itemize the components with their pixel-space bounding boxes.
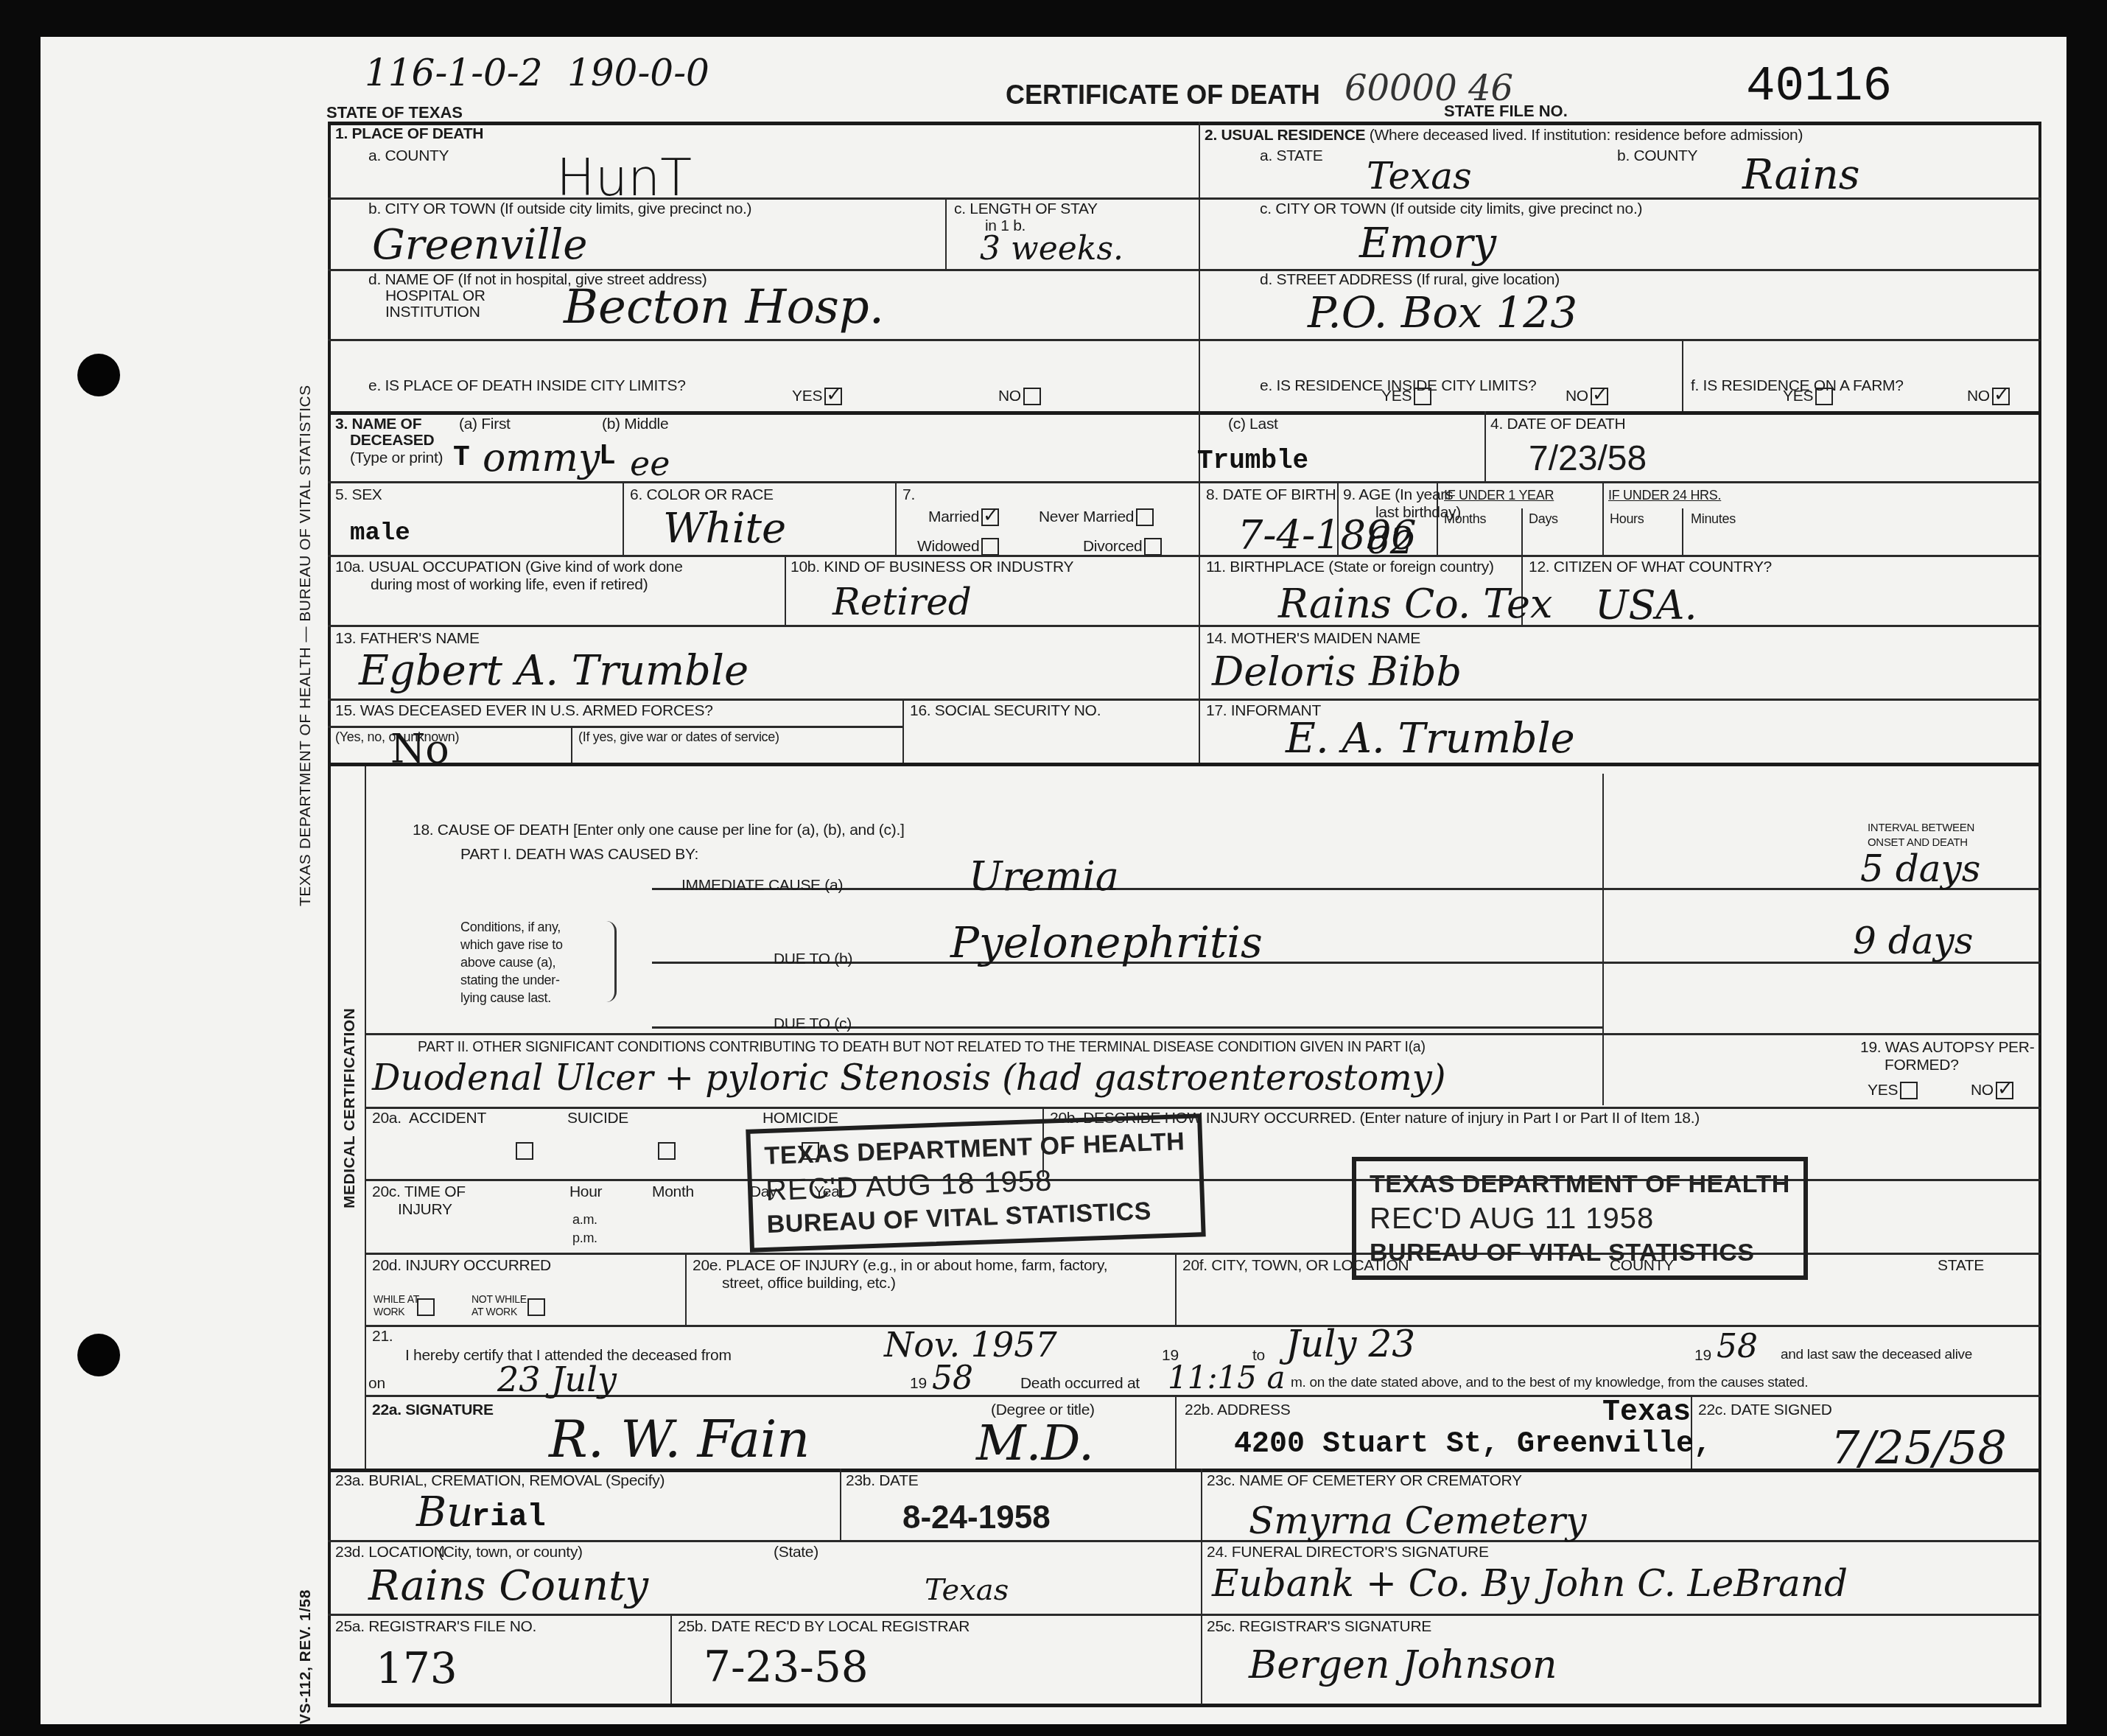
married-option[interactable]: Married — [928, 508, 999, 526]
middle-name-label: (b) Middle — [602, 416, 668, 433]
hours-label: Hours — [1610, 511, 1644, 527]
first-name-label: (a) First — [459, 416, 511, 433]
res-city-value[interactable]: Emory — [1359, 220, 1496, 267]
name-label-3: (Type or print) — [350, 449, 443, 467]
location-sub1: (City, town, or county) — [438, 1544, 583, 1561]
registrar-signature[interactable]: Bergen Johnson — [1249, 1643, 1557, 1687]
res-state-label: a. STATE — [1260, 147, 1323, 165]
side-department-text: TEXAS DEPARTMENT OF HEALTH — BUREAU OF V… — [297, 385, 315, 906]
res-farm-no[interactable]: NO — [1967, 388, 2010, 405]
mother-name-label: 14. MOTHER'S MAIDEN NAME — [1206, 630, 1420, 648]
received-stamp-aug-11: TEXAS DEPARTMENT OF HEALTH REC'D AUG 11 … — [1352, 1157, 1808, 1280]
last-name-value[interactable]: Trumble — [1197, 446, 1308, 476]
cert-text-3: Death occurred at — [1020, 1375, 1140, 1393]
place-of-injury-label-2: street, office building, etc.) — [722, 1275, 896, 1292]
sex-label: 5. SEX — [335, 486, 382, 504]
funeral-director-label: 24. FUNERAL DIRECTOR'S SIGNATURE — [1207, 1544, 1489, 1561]
location-value[interactable]: Rains County — [368, 1562, 648, 1610]
res-farm-yes[interactable]: YES — [1783, 388, 1833, 405]
burial-date-label: 23b. DATE — [846, 1472, 918, 1490]
injury-state-label: STATE — [1938, 1257, 1984, 1275]
checkbox-checked[interactable] — [1992, 388, 2010, 405]
checkbox-checked[interactable] — [1996, 1082, 2013, 1099]
immediate-cause-value[interactable]: Uremia — [969, 853, 1119, 900]
no-label: NO — [1971, 1082, 1994, 1099]
degree-value[interactable]: M.D. — [976, 1415, 1094, 1471]
injury-20a-num: 20a. — [372, 1110, 402, 1127]
citizen-value[interactable]: USA. — [1595, 582, 1697, 629]
checkbox[interactable] — [1900, 1082, 1918, 1099]
father-name-label: 13. FATHER'S NAME — [335, 630, 480, 648]
first-name-handwritten[interactable]: ommy — [483, 436, 600, 480]
stamp-line-3: BUREAU OF VITAL STATISTICS — [1370, 1237, 1790, 1269]
annotation-mid: 190-0-0 — [567, 52, 709, 94]
checkbox[interactable] — [981, 538, 999, 556]
no-label: NO — [1566, 388, 1588, 405]
occupation-label-2: during most of working life, even if ret… — [371, 576, 648, 594]
part1-label: PART I. DEATH WAS CAUSED BY: — [460, 846, 698, 864]
suicide-checkbox[interactable] — [658, 1142, 676, 1160]
not-while-at-work-1: NOT WHILE — [471, 1293, 527, 1305]
hospital-value[interactable]: Becton Hosp. — [564, 280, 884, 335]
binder-hole-top — [77, 354, 120, 396]
res-street-value[interactable]: P.O. Box 123 — [1308, 287, 1577, 337]
res-inside-yes[interactable]: YES — [1381, 388, 1431, 405]
burial-value-typed[interactable]: rial — [471, 1499, 546, 1535]
birthplace-value[interactable]: Rains Co. Tex — [1278, 581, 1552, 627]
ssn-label: 16. SOCIAL SECURITY NO. — [910, 702, 1101, 720]
due-to-b-value[interactable]: Pyelonephritis — [950, 917, 1263, 967]
conditions-text-4: stating the under- — [460, 973, 560, 988]
usual-residence-note: (Where deceased lived. If institution: r… — [1370, 127, 1803, 144]
nineteen-label: 19 — [910, 1375, 927, 1393]
conditions-text-1: Conditions, if any, — [460, 920, 561, 935]
am-label: a.m. — [572, 1212, 597, 1228]
res-street-label: d. STREET ADDRESS (If rural, give locati… — [1260, 271, 1560, 289]
res-city-label: c. CITY OR TOWN (If outside city limits,… — [1260, 200, 1642, 218]
divorced-label: Divorced — [1083, 538, 1142, 555]
minutes-label: Minutes — [1691, 511, 1736, 527]
location-sub2: (State) — [774, 1544, 818, 1561]
business-label: 10b. KIND OF BUSINESS OR INDUSTRY — [790, 559, 1073, 576]
place-of-death-label: 1. PLACE OF DEATH — [335, 125, 483, 143]
while-at-work-checkbox[interactable] — [417, 1298, 435, 1316]
death-time-value[interactable]: 11:15 a — [1168, 1359, 1285, 1396]
death-county-value[interactable]: HunT — [556, 147, 692, 208]
occupation-label: 10a. USUAL OCCUPATION (Give kind of work… — [335, 559, 683, 576]
cert-text-4: m. on the date stated above, and to the … — [1291, 1375, 1808, 1391]
interval-a-value[interactable]: 5 days — [1860, 847, 1980, 890]
never-married-option[interactable]: Never Married — [1039, 508, 1154, 526]
burial-value-handwritten[interactable]: Bu — [416, 1488, 473, 1536]
registrar-date-value[interactable]: 7-23-58 — [704, 1642, 869, 1692]
citizen-label: 12. CITIZEN OF WHAT COUNTRY? — [1529, 559, 1772, 576]
side-medical-text: MEDICAL CERTIFICATION — [341, 1008, 359, 1208]
address-state[interactable]: Texas — [1602, 1396, 1691, 1429]
date-of-birth-label: 8. DATE OF BIRTH — [1206, 486, 1336, 504]
cause-of-death-label: 18. CAUSE OF DEATH [Enter only one cause… — [413, 822, 904, 839]
homicide-label: HOMICIDE — [762, 1110, 838, 1127]
divorced-option[interactable]: Divorced — [1083, 538, 1162, 556]
burial-label: 23a. BURIAL, CREMATION, REMOVAL (Specify… — [335, 1472, 665, 1490]
accident-label: ACCIDENT — [409, 1110, 486, 1127]
on-label: on — [368, 1375, 385, 1393]
state-of-texas: STATE OF TEXAS — [326, 103, 463, 122]
part2-label: PART II. OTHER SIGNIFICANT CONDITIONS CO… — [418, 1039, 1426, 1056]
armed-forces-label: 15. WAS DECEASED EVER IN U.S. ARMED FORC… — [335, 702, 713, 720]
last-seen-value[interactable]: 23 July — [497, 1359, 617, 1399]
pm-label: p.m. — [572, 1231, 597, 1246]
stamp-line-1: TEXAS DEPARTMENT OF HEALTH — [1370, 1169, 1790, 1200]
time-of-injury-label-2: INJURY — [398, 1201, 452, 1219]
yes-label: YES — [1868, 1082, 1898, 1099]
date-of-death-label: 4. DATE OF DEATH — [1490, 416, 1625, 433]
due-to-b-label: DUE TO (b) — [774, 951, 852, 968]
length-of-stay-value[interactable]: 3 weeks. — [980, 230, 1123, 267]
interval-label-1: INTERVAL BETWEEN — [1868, 822, 1974, 834]
usual-residence-title: 2. USUAL RESIDENCE — [1205, 127, 1365, 144]
month-label: Month — [652, 1183, 694, 1201]
marital-label: 7. — [902, 486, 915, 504]
under-1-year-label: IF UNDER 1 YEAR — [1444, 488, 1554, 503]
county-label: a. COUNTY — [368, 147, 449, 165]
registrar-file-value[interactable]: 173 — [376, 1643, 457, 1693]
father-name-value[interactable]: Egbert A. Trumble — [359, 647, 749, 695]
autopsy-label-2: FORMED? — [1885, 1057, 1959, 1074]
address-value[interactable]: 4200 Stuart St, Greenville, — [1234, 1428, 1711, 1461]
days-label: Days — [1529, 511, 1558, 527]
while-at-work-1: WHILE AT — [374, 1293, 419, 1305]
stamp-line-2: REC'D AUG 11 1958 — [1370, 1200, 1790, 1237]
armed-forces-sub2: (If yes, give war or dates of service) — [578, 729, 779, 745]
cert-text-2: and last saw the deceased alive — [1781, 1347, 1972, 1363]
armed-forces-value[interactable]: No — [390, 726, 449, 772]
injury-occurred-label: 20d. INJURY OCCURRED — [372, 1257, 551, 1275]
date-of-death-value[interactable]: 7/23/58 — [1529, 438, 1647, 479]
date-signed-value[interactable]: 7/25/58 — [1831, 1421, 2007, 1474]
checkbox[interactable] — [1144, 538, 1162, 556]
nineteen-label: 19 — [1694, 1347, 1711, 1365]
age-label-1: 9. AGE (In years — [1343, 486, 1453, 504]
no-label: NO — [998, 388, 1021, 405]
annotation-left: 116-1-0-2 — [365, 52, 543, 94]
city-label: b. CITY OR TOWN (If outside city limits,… — [368, 200, 751, 218]
interval-b-value[interactable]: 9 days — [1853, 920, 1973, 962]
date-signed-label: 22c. DATE SIGNED — [1698, 1401, 1832, 1419]
death-inside-limits-label: e. IS PLACE OF DEATH INSIDE CITY LIMITS? — [368, 377, 686, 395]
binder-hole-bottom — [77, 1334, 120, 1376]
yes-label: YES — [1381, 388, 1412, 405]
state-file-label: STATE FILE NO. — [1444, 102, 1568, 121]
suicide-label: SUICIDE — [567, 1110, 628, 1127]
state-file-number: 40116 — [1746, 59, 1892, 114]
res-inside-no[interactable]: NO — [1566, 388, 1608, 405]
usual-residence-label: 2. USUAL RESIDENCE (Where deceased lived… — [1205, 127, 1803, 144]
registrar-file-label: 25a. REGISTRAR'S FILE NO. — [335, 1618, 536, 1636]
registrar-date-label: 25b. DATE REC'D BY LOCAL REGISTRAR — [678, 1618, 970, 1636]
address-label: 22b. ADDRESS — [1185, 1401, 1290, 1419]
accident-checkbox[interactable] — [516, 1142, 533, 1160]
signature-label: 22a. SIGNATURE — [372, 1401, 494, 1419]
checkbox-checked[interactable] — [981, 508, 999, 526]
conditions-text-3: above cause (a), — [460, 955, 555, 970]
hour-label: Hour — [569, 1183, 602, 1201]
under-24-hrs-label: IF UNDER 24 HRS. — [1608, 488, 1721, 503]
informant-value[interactable]: E. A. Trumble — [1286, 715, 1575, 763]
cemetery-value[interactable]: Smyrna Cemetery — [1249, 1499, 1586, 1542]
married-label: Married — [928, 508, 979, 525]
race-label: 6. COLOR OR RACE — [630, 486, 774, 504]
bracket — [604, 921, 617, 1002]
last-seen-year[interactable]: 58 — [932, 1359, 973, 1397]
attended-from-value[interactable]: Nov. 1957 — [884, 1325, 1057, 1365]
attended-to-year[interactable]: 58 — [1717, 1328, 1758, 1365]
attended-to-value[interactable]: July 23 — [1286, 1323, 1415, 1365]
widowed-option[interactable]: Widowed — [917, 538, 999, 556]
hospital-label-2: HOSPITAL OR — [385, 287, 485, 305]
cert-num: 21. — [372, 1328, 393, 1345]
res-county-label: b. COUNTY — [1617, 147, 1697, 165]
res-state-value[interactable]: Texas — [1367, 155, 1472, 197]
middle-name-handwritten[interactable]: ee — [630, 444, 670, 483]
months-label: Months — [1444, 511, 1486, 527]
location-label: 23d. LOCATION — [335, 1544, 445, 1561]
middle-name-typed[interactable]: L — [599, 441, 616, 472]
death-city-value[interactable]: Greenville — [372, 221, 587, 269]
certificate-title: CERTIFICATE OF DEATH — [1006, 80, 1320, 111]
not-while-at-work-checkbox[interactable] — [527, 1298, 545, 1316]
checkbox[interactable] — [1815, 388, 1833, 405]
death-certificate-page: 116-1-0-2 190-0-0 STATE OF TEXAS CERTIFI… — [41, 37, 2066, 1724]
mother-name-value[interactable]: Deloris Bibb — [1212, 648, 1462, 695]
age-value[interactable]: 62 — [1367, 519, 1414, 562]
autopsy-yes[interactable]: YES — [1868, 1082, 1918, 1099]
registrar-signature-label: 25c. REGISTRAR'S SIGNATURE — [1207, 1618, 1431, 1636]
last-name-label: (c) Last — [1228, 416, 1278, 433]
race-value[interactable]: White — [663, 505, 786, 553]
checkbox[interactable] — [1136, 508, 1154, 526]
location-state-value[interactable]: Texas — [925, 1573, 1009, 1607]
birthplace-label: 11. BIRTHPLACE (State or foreign country… — [1206, 559, 1494, 576]
funeral-director-signature[interactable]: Eubank + Co. By John C. LeBrand — [1212, 1562, 1848, 1605]
res-county-value[interactable]: Rains — [1742, 151, 1860, 199]
death-inside-no[interactable]: NO — [998, 388, 1041, 405]
death-inside-yes[interactable]: YES — [792, 388, 842, 405]
while-at-work-2: WORK — [374, 1306, 404, 1317]
not-while-at-work-2: AT WORK — [471, 1306, 517, 1317]
checkbox[interactable] — [1023, 388, 1041, 405]
widowed-label: Widowed — [917, 538, 979, 555]
autopsy-no[interactable]: NO — [1971, 1082, 2013, 1099]
yes-label: YES — [1783, 388, 1813, 405]
name-label-2: DECEASED — [350, 432, 434, 449]
conditions-text-2: which gave rise to — [460, 937, 563, 953]
no-label: NO — [1967, 388, 1990, 405]
sex-value[interactable]: male — [350, 519, 410, 547]
immediate-cause-label: IMMEDIATE CAUSE (a) — [681, 877, 843, 895]
burial-date-value[interactable]: 8-24-1958 — [902, 1499, 1051, 1536]
received-stamp-aug-18: TEXAS DEPARTMENT OF HEALTH REC'D AUG 18 … — [746, 1113, 1205, 1252]
length-of-stay-label: c. LENGTH OF STAY — [954, 200, 1098, 218]
yes-label: YES — [792, 388, 822, 405]
autopsy-label-1: 19. WAS AUTOPSY PER- — [1860, 1039, 2034, 1057]
due-to-c-label: DUE TO (c) — [774, 1015, 852, 1033]
business-value[interactable]: Retired — [832, 581, 972, 623]
name-label-1: 3. NAME OF — [335, 416, 421, 433]
cemetery-label: 23c. NAME OF CEMETERY OR CREMATORY — [1207, 1472, 1522, 1490]
never-married-label: Never Married — [1039, 508, 1134, 525]
side-form-number: VS-112, REV. 1/58 — [297, 1589, 315, 1724]
checkbox-checked[interactable] — [1591, 388, 1608, 405]
conditions-text-5: lying cause last. — [460, 990, 551, 1006]
time-of-injury-label: 20c. TIME OF — [372, 1183, 466, 1201]
checkbox[interactable] — [1414, 388, 1431, 405]
place-of-injury-label: 20e. PLACE OF INJURY (e.g., in or about … — [693, 1257, 1107, 1275]
part2-value[interactable]: Duodenal Ulcer + pyloric Stenosis (had g… — [372, 1057, 1446, 1099]
physician-signature[interactable]: R. W. Fain — [549, 1409, 810, 1469]
checkbox-checked[interactable] — [824, 388, 842, 405]
hospital-label-3: INSTITUTION — [385, 304, 480, 321]
first-name-typed[interactable]: T — [453, 442, 470, 474]
